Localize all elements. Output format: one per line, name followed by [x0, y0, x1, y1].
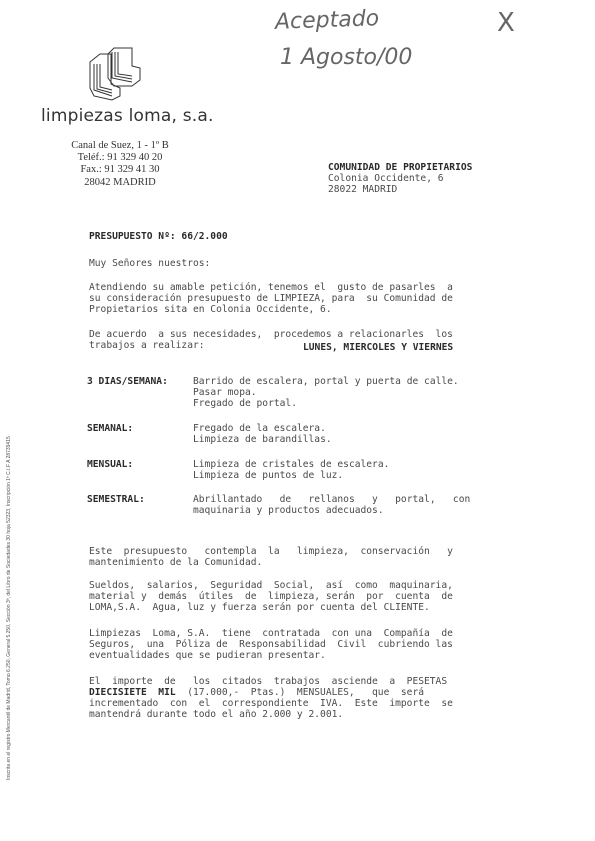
task-item: Fregado de portal.	[193, 398, 541, 409]
task-items-monthly: Limpieza de cristales de escalera. Limpi…	[193, 459, 541, 481]
task-label-semestral: SEMESTRAL:	[87, 494, 145, 505]
insurance-line: eventualidades que se pudieran presentar…	[89, 650, 541, 661]
task-items-weekly: Fregado de la escalera. Limpieza de bara…	[193, 423, 541, 445]
price-amount-words: DIECISIETE MIL	[89, 687, 176, 698]
insurance-line: Limpiezas Loma, S.A. tiene contratada co…	[89, 628, 541, 639]
intro-paragraph: Atendiendo su amable petición, tenemos e…	[89, 282, 541, 315]
task-item: Barrido de escalera, portal y puerta de …	[193, 376, 541, 387]
phone-line: Teléf.: 91 329 40 20	[68, 152, 172, 164]
salaries-line: material y demás útiles de limpieza, ser…	[89, 591, 541, 602]
scope-line: Este presupuesto contempla la limpieza, …	[89, 546, 541, 557]
task-item: Limpieza de puntos de luz.	[193, 470, 541, 481]
task-items-3-days: Barrido de escalera, portal y puerta de …	[193, 376, 541, 409]
company-name: limpiezas loma, s.a.	[41, 106, 214, 126]
task-item: Limpieza de barandillas.	[193, 434, 541, 445]
price-line: incrementado con el correspondiente IVA.…	[89, 698, 541, 709]
handwritten-accepted: Aceptado	[275, 6, 380, 35]
salaries-line: LOMA,S.A. Agua, luz y fuerza serán por c…	[89, 602, 541, 613]
recipient-street: Colonia Occidente, 6	[328, 173, 472, 184]
intro-line: Propietarios sita en Colonia Occidente, …	[89, 304, 541, 315]
greeting: Muy Señores nuestros:	[89, 258, 210, 269]
scope-paragraph: Este presupuesto contempla la limpieza, …	[89, 546, 541, 568]
registry-side-text: Inscrita en el registro Mercantil de Mad…	[6, 300, 12, 780]
task-item: Abrillantado de rellanos y portal, con	[193, 494, 541, 505]
price-amount-rest: (17.000,- Ptas.) MENSUALES, que será	[176, 687, 424, 698]
scope-line: mantenimiento de la Comunidad.	[89, 557, 541, 568]
fax-line: Fax.: 91 329 41 30	[68, 164, 172, 176]
recipient-city: 28022 MADRID	[328, 184, 472, 195]
city-line: 28042 MADRID	[68, 177, 172, 189]
price-amount-line: DIECISIETE MIL (17.000,- Ptas.) MENSUALE…	[89, 687, 541, 698]
company-address: Canal de Suez, 1 - 1º B Teléf.: 91 329 4…	[68, 140, 172, 189]
ll-logo-icon	[84, 40, 146, 102]
task-items-semestral: Abrillantado de rellanos y portal, con m…	[193, 494, 541, 516]
salaries-paragraph: Sueldos, salarios, Seguridad Social, así…	[89, 580, 541, 613]
price-line: El importe de los citados trabajos ascie…	[89, 676, 541, 687]
address-line: Canal de Suez, 1 - 1º B	[68, 140, 172, 152]
task-item: Fregado de la escalera.	[193, 423, 541, 434]
price-paragraph: El importe de los citados trabajos ascie…	[89, 676, 541, 720]
service-days: LUNES, MIERCOLES Y VIERNES	[303, 342, 453, 353]
task-item: maquinaria y productos adecuados.	[193, 505, 541, 516]
insurance-paragraph: Limpiezas Loma, S.A. tiene contratada co…	[89, 628, 541, 661]
handwritten-x-mark: X	[497, 8, 515, 38]
recipient-block: COMUNIDAD DE PROPIETARIOS Colonia Occide…	[328, 162, 472, 195]
insurance-line: Seguros, una Póliza de Responsabilidad C…	[89, 639, 541, 650]
salaries-line: Sueldos, salarios, Seguridad Social, así…	[89, 580, 541, 591]
price-line: mantendrá durante todo el año 2.000 y 2.…	[89, 709, 541, 720]
task-label-weekly: SEMANAL:	[87, 423, 133, 434]
intro-line: Atendiendo su amable petición, tenemos e…	[89, 282, 541, 293]
needs-line: De acuerdo a sus necesidades, procedemos…	[89, 329, 541, 340]
task-item: Limpieza de cristales de escalera.	[193, 459, 541, 470]
recipient-name: COMUNIDAD DE PROPIETARIOS	[328, 162, 472, 173]
handwritten-date: 1 Agosto/00	[280, 45, 412, 70]
budget-number: PRESUPUESTO Nº: 66/2.000	[89, 231, 228, 242]
task-item: Pasar mopa.	[193, 387, 541, 398]
intro-line: su consideración presupuesto de LIMPIEZA…	[89, 293, 541, 304]
task-label-3-days: 3 DIAS/SEMANA:	[87, 376, 168, 387]
task-label-monthly: MENSUAL:	[87, 459, 133, 470]
